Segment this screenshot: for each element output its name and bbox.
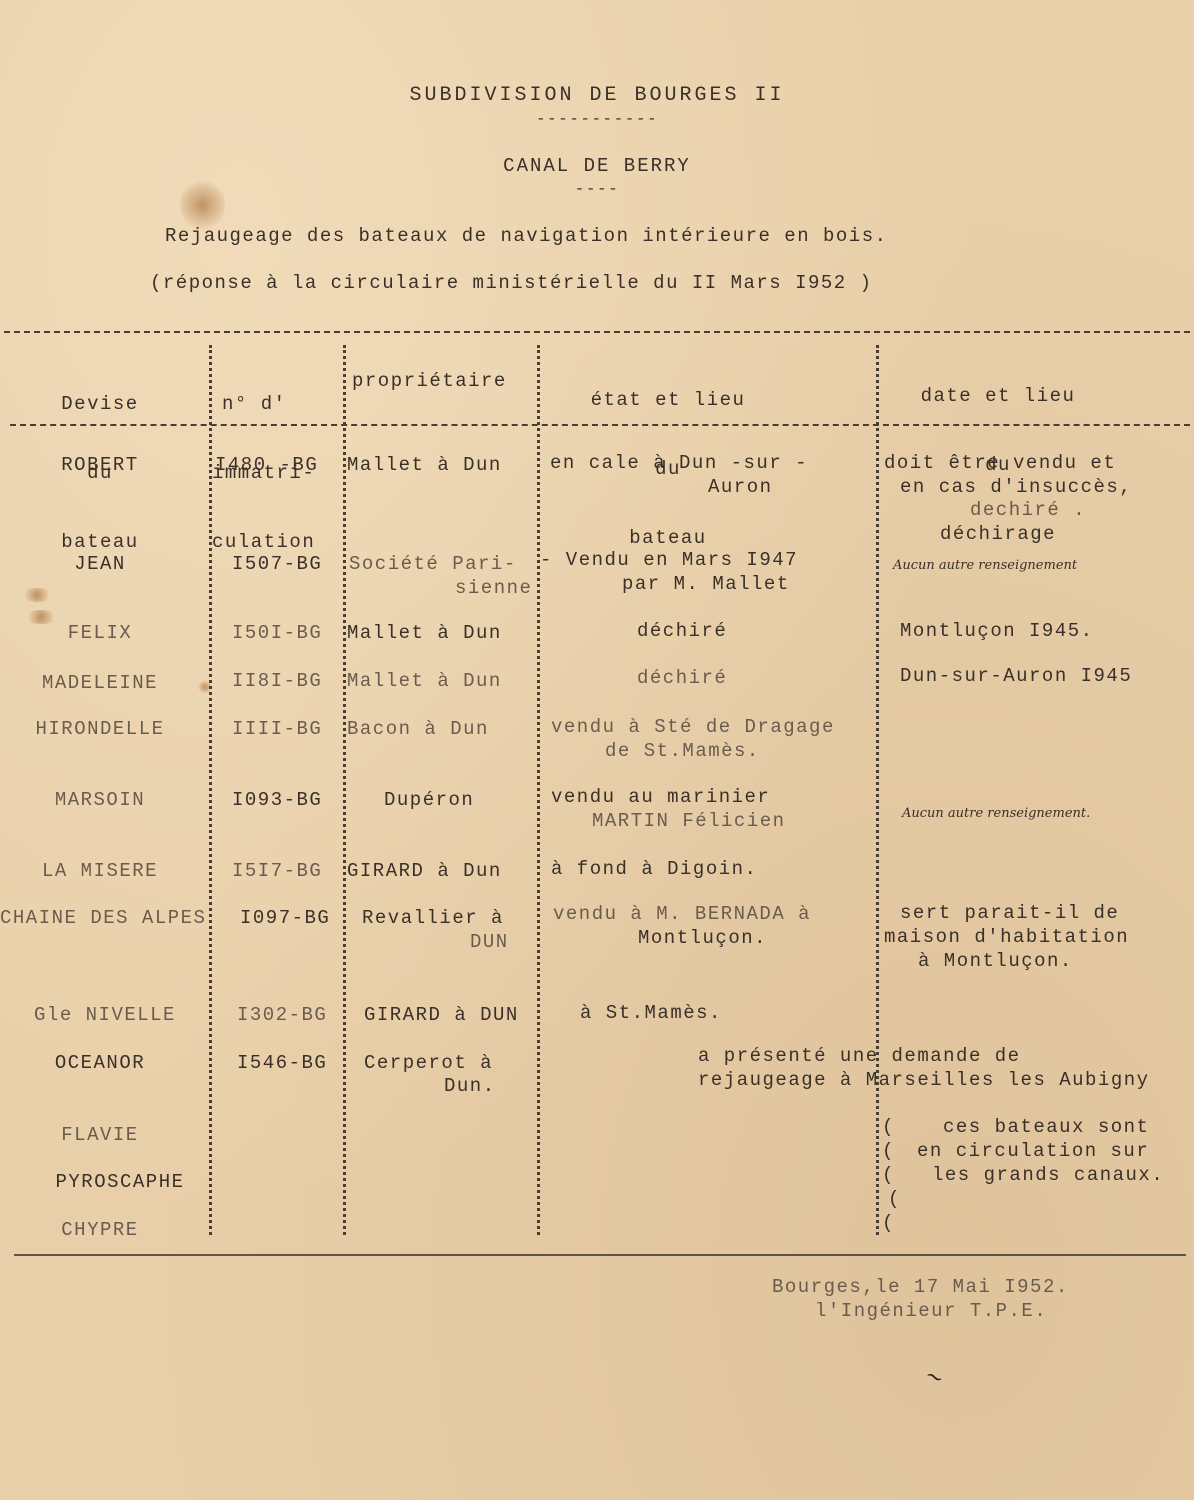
- scrapping-info: dechiré .: [970, 499, 1086, 522]
- scrapping-info: maison d'habitation: [884, 926, 1129, 949]
- group-note-line: ces bateaux sont: [943, 1116, 1149, 1139]
- registration-number: I546-BG: [237, 1052, 327, 1075]
- owner: Cerperot à: [364, 1052, 493, 1075]
- header-bottom-rule: [10, 424, 1190, 426]
- boat-name: LA MISERE: [0, 860, 200, 883]
- canal-underline: ----: [0, 178, 1194, 201]
- owner: Mallet à Dun: [347, 454, 502, 477]
- boat-state: à St.Mamès.: [580, 1002, 722, 1025]
- owner: Dun.: [444, 1075, 496, 1098]
- signature: ~: [921, 1362, 948, 1392]
- owner: sienne: [455, 577, 532, 600]
- column-separator: [876, 345, 879, 1235]
- boat-state: rejaugeage à Marseilles les Aubigny: [698, 1069, 1150, 1092]
- boat-name: FELIX: [0, 622, 200, 645]
- registration-number: I097-BG: [240, 907, 330, 930]
- owner: Mallet à Dun: [347, 622, 502, 645]
- boat-state: par M. Mallet: [622, 573, 790, 596]
- group-bracket: (: [882, 1212, 895, 1235]
- scrapping-info: Dun-sur-Auron I945: [900, 665, 1132, 688]
- boat-state: en cale à Dun -sur -: [550, 452, 808, 475]
- col-header-proprietaire: propriétaire: [352, 370, 507, 393]
- boat-state: déchiré: [637, 620, 727, 643]
- boat-state: déchiré: [637, 667, 727, 690]
- subdivision-title: SUBDIVISION DE BOURGES II: [0, 84, 1194, 107]
- scrapping-info: sert parait-il de: [900, 902, 1119, 925]
- owner: GIRARD à DUN: [364, 1004, 519, 1027]
- scrapping-info: Montluçon I945.: [900, 620, 1094, 643]
- registration-number: I5I7-BG: [232, 860, 322, 883]
- boat-state: vendu à Sté de Dragage: [551, 716, 835, 739]
- boat-state: vendu au marinier: [551, 786, 770, 809]
- boat-name: CHYPRE: [0, 1219, 200, 1242]
- handwritten-note: Aucun autre renseignement.: [902, 806, 1090, 821]
- group-bracket: (: [882, 1140, 895, 1163]
- boat-name: PYROSCAPHE: [0, 1171, 240, 1194]
- boat-name: MADELEINE: [0, 672, 200, 695]
- column-separator: [209, 345, 212, 1235]
- document-reference: (réponse à la circulaire ministérielle d…: [150, 272, 873, 295]
- group-note-line: les grands canaux.: [932, 1164, 1164, 1187]
- canal-title: CANAL DE BERRY: [0, 155, 1194, 178]
- boat-state: Auron: [708, 476, 773, 499]
- registration-number: I507-BG: [232, 553, 322, 576]
- registration-number: I50I-BG: [232, 622, 322, 645]
- boat-state: a présenté une demande de: [698, 1045, 1021, 1068]
- column-separator: [537, 345, 540, 1235]
- owner: Dupéron: [384, 789, 474, 812]
- group-bracket: (: [882, 1164, 895, 1187]
- boat-name: Gle NIVELLE: [0, 1004, 210, 1027]
- boat-state: - Vendu en Mars I947: [540, 549, 798, 572]
- registration-number: II8I-BG: [232, 670, 322, 693]
- boat-name: CHAINE DES ALPES: [0, 907, 206, 930]
- signatory-title: l'Ingénieur T.P.E.: [815, 1300, 1047, 1323]
- group-note-line: en circulation sur: [917, 1140, 1149, 1163]
- boat-name: MARSOIN: [0, 789, 200, 812]
- scrapping-info: en cas d'insuccès,: [900, 476, 1132, 499]
- title-underline: -----------: [0, 108, 1194, 131]
- owner: GIRARD à Dun: [347, 860, 502, 883]
- registration-number: I480 -BG: [215, 454, 318, 477]
- group-bracket: (: [888, 1188, 901, 1211]
- boat-state: MARTIN Félicien: [592, 810, 786, 833]
- boat-name: HIRONDELLE: [0, 718, 200, 741]
- owner: Société Pari-: [349, 553, 517, 576]
- handwritten-note: Aucun autre renseignement: [893, 558, 1077, 573]
- boat-name: ROBERT: [0, 454, 200, 477]
- column-separator: [343, 345, 346, 1235]
- owner: Mallet à Dun: [347, 670, 502, 693]
- owner: Bacon à Dun: [347, 718, 489, 741]
- table-top-rule: [4, 331, 1190, 333]
- registration-number: I302-BG: [237, 1004, 327, 1027]
- place-and-date: Bourges,le 17 Mai I952.: [772, 1276, 1069, 1299]
- boat-state: à fond à Digoin.: [551, 858, 757, 881]
- scrapping-info: à Montluçon.: [918, 950, 1073, 973]
- document-subject: Rejaugeage des bateaux de navigation int…: [165, 225, 888, 248]
- boat-name: JEAN: [0, 553, 200, 576]
- table-bottom-rule: [14, 1254, 1186, 1256]
- registration-number: IIII-BG: [232, 718, 322, 741]
- scrapping-info: doit être vendu et: [884, 452, 1116, 475]
- boat-state: vendu à M. BERNADA à: [553, 903, 811, 926]
- boat-state: de St.Mamès.: [605, 740, 760, 763]
- owner: Revallier à: [362, 907, 504, 930]
- boat-name: FLAVIE: [0, 1124, 200, 1147]
- owner: DUN: [470, 931, 509, 954]
- boat-name: OCEANOR: [0, 1052, 200, 1075]
- registration-number: I093-BG: [232, 789, 322, 812]
- boat-state: Montluçon.: [638, 927, 767, 950]
- group-bracket: (: [882, 1116, 895, 1139]
